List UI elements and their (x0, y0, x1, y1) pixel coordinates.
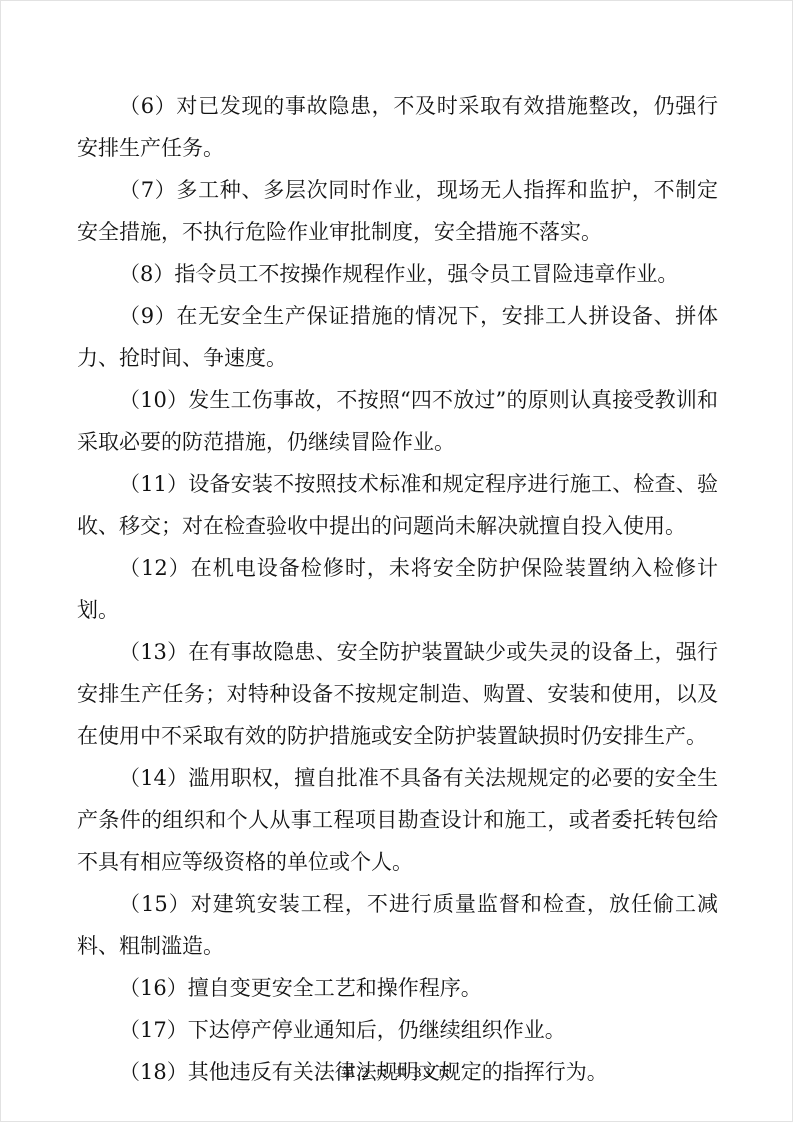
page-footer: 第 2 页 共 33 页 (1, 1065, 792, 1083)
paragraph-item-17: （17）下达停产停业通知后，仍继续组织作业。 (77, 1009, 718, 1051)
page-number-text: 第 2 页 共 33 页 (342, 1066, 451, 1081)
paragraph-item-9: （9）在无安全生产保证措施的情况下，安排工人拼设备、拼体力、抢时间、争速度。 (77, 295, 718, 379)
paragraph-item-6: （6）对已发现的事故隐患，不及时采取有效措施整改，仍强行安排生产任务。 (77, 85, 718, 169)
paragraph-item-10: （10）发生工伤事故，不按照“四不放过”的原则认真接受教训和采取必要的防范措施，… (77, 379, 718, 463)
paragraph-item-8: （8）指令员工不按操作规程作业，强令员工冒险违章作业。 (77, 253, 718, 295)
paragraph-item-16: （16）擅自变更安全工艺和操作程序。 (77, 967, 718, 1009)
document-body: （6）对已发现的事故隐患，不及时采取有效措施整改，仍强行安排生产任务。 （7）多… (77, 85, 718, 1093)
paragraph-item-13: （13）在有事故隐患、安全防护装置缺少或失灵的设备上，强行安排生产任务；对特种设… (77, 631, 718, 757)
paragraph-item-7: （7）多工种、多层次同时作业，现场无人指挥和监护，不制定安全措施，不执行危险作业… (77, 169, 718, 253)
paragraph-item-12: （12）在机电设备检修时，未将安全防护保险装置纳入检修计划。 (77, 547, 718, 631)
paragraph-item-11: （11）设备安装不按照技术标准和规定程序进行施工、检查、验收、移交；对在检查验收… (77, 463, 718, 547)
paragraph-item-15: （15）对建筑安装工程，不进行质量监督和检查，放任偷工减料、粗制滥造。 (77, 883, 718, 967)
document-page: （6）对已发现的事故隐患，不及时采取有效措施整改，仍强行安排生产任务。 （7）多… (0, 0, 793, 1122)
paragraph-item-14: （14）滥用职权，擅自批准不具备有关法规规定的必要的安全生产条件的组织和个人从事… (77, 757, 718, 883)
